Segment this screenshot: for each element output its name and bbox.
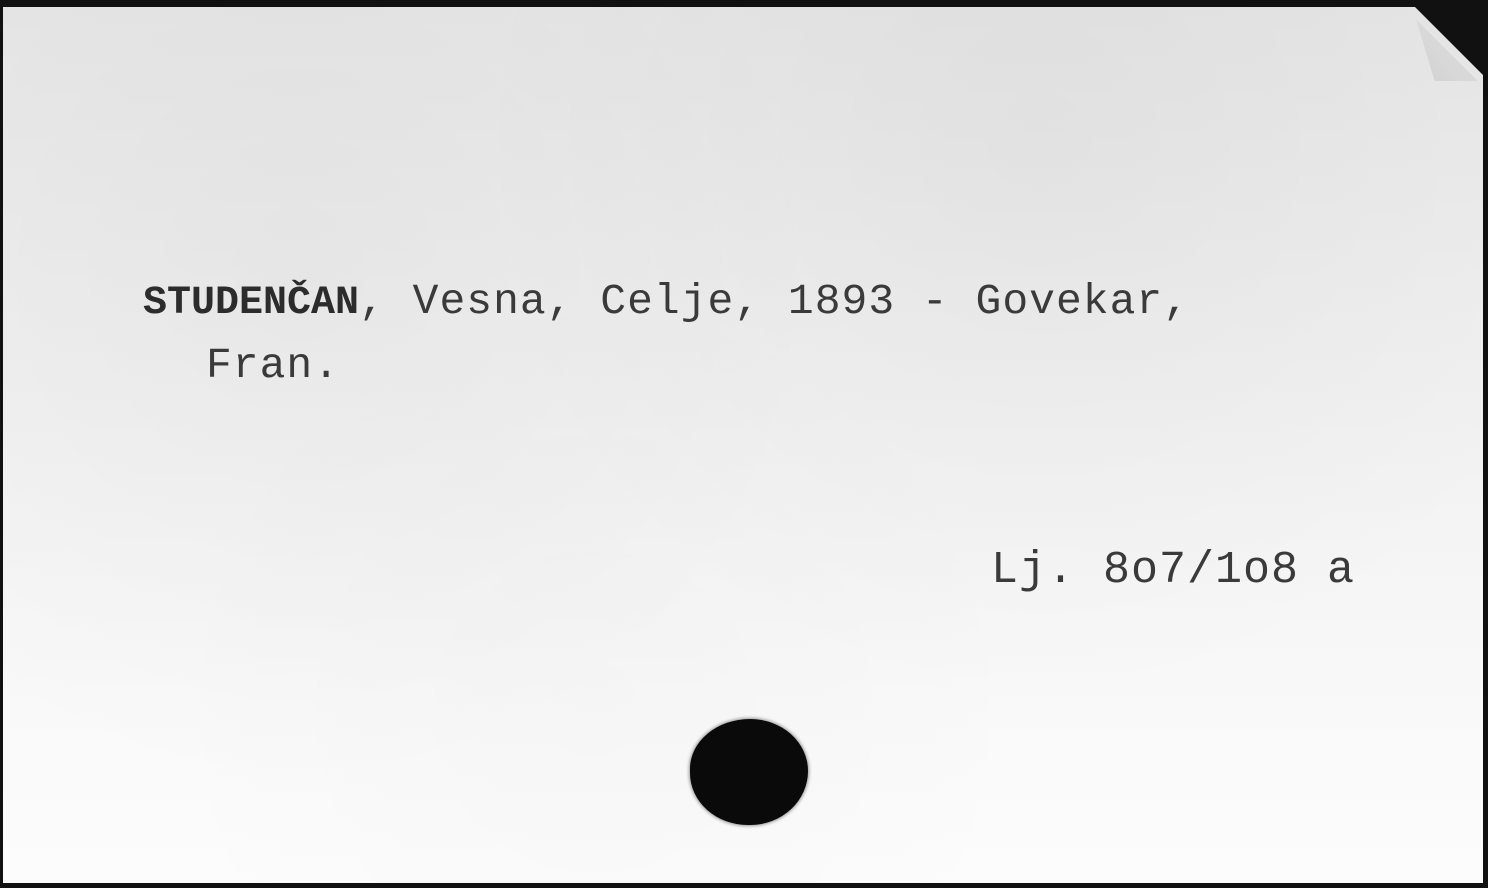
- catalog-card: STUDENČAN, Vesna, Celje, 1893 - Govekar,…: [3, 7, 1483, 883]
- card-heading-line: STUDENČAN, Vesna, Celje, 1893 - Govekar,: [143, 277, 1190, 329]
- heading-continuation: Fran.: [206, 341, 340, 391]
- punch-hole: [690, 719, 808, 825]
- heading-details: , Vesna, Celje, 1893 - Govekar,: [359, 277, 1190, 326]
- card-corner-background: [1401, 0, 1488, 83]
- author-surname: STUDENČAN: [143, 281, 359, 326]
- call-number: Lj. 8o7/1o8 a: [991, 544, 1355, 598]
